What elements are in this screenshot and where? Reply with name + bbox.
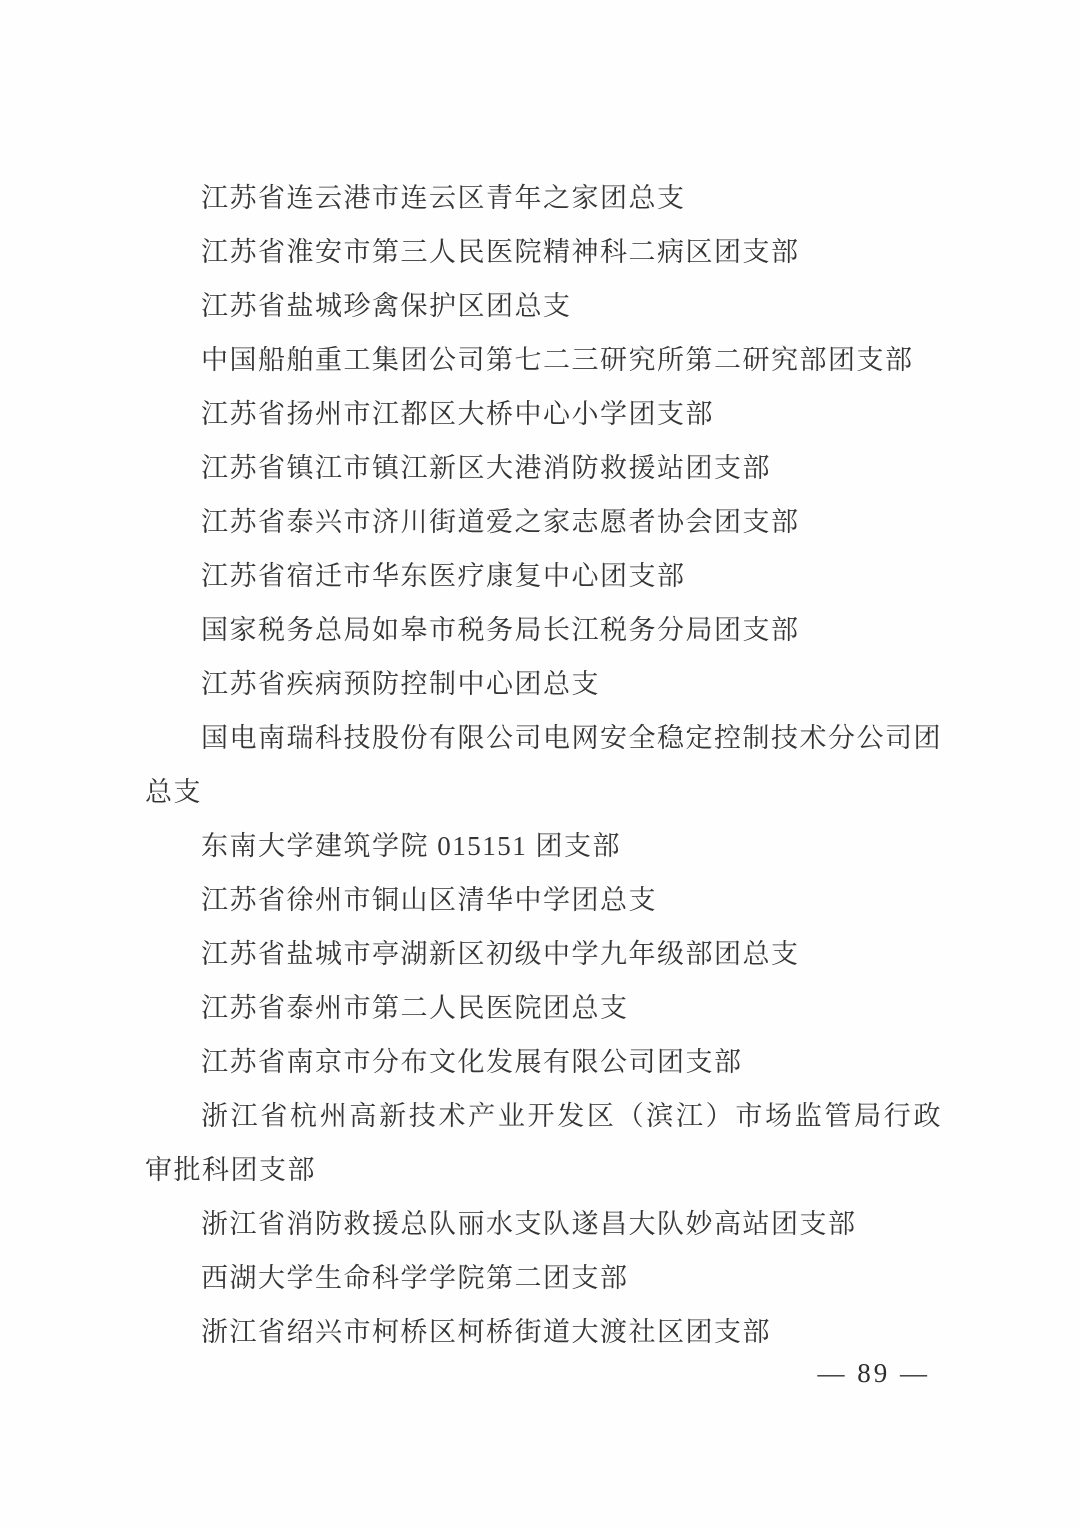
org-list-line-text: 国电南瑞科技股份有限公司电网安全稳定控制技术分公司团 [201,723,942,753]
org-list-line-text: 浙江省消防救援总队丽水支队遂昌大队妙高站团支部 [201,1209,857,1239]
org-list-line-text: 浙江省杭州高新技术产业开发区（滨江）市场监管局行政 [201,1101,942,1131]
org-list-line: 江苏省泰兴市济川街道爱之家志愿者协会团支部 [145,495,942,549]
org-list-line-text: 审批科团支部 [145,1155,316,1185]
org-list-line: 总支 [145,765,942,819]
org-list-line: 江苏省扬州市江都区大桥中心小学团支部 [145,387,942,441]
org-list-line: 国家税务总局如皋市税务局长江税务分局团支部 [145,603,942,657]
org-list-line-text: 江苏省盐城市亭湖新区初级中学九年级部团总支 [201,939,800,969]
org-list-line: 江苏省疾病预防控制中心团总支 [145,657,942,711]
org-list-line-text: 江苏省盐城珍禽保护区团总支 [201,291,572,321]
org-list-line-text: 江苏省扬州市江都区大桥中心小学团支部 [201,399,714,429]
org-list-line: 江苏省宿迁市华东医疗康复中心团支部 [145,549,942,603]
org-list-line-text: 浙江省绍兴市柯桥区柯桥街道大渡社区团支部 [201,1317,771,1347]
org-list-line-text: 江苏省南京市分布文化发展有限公司团支部 [201,1047,743,1077]
org-list-line: 东南大学建筑学院 015151 团支部 [145,819,942,873]
org-list: 江苏省连云港市连云区青年之家团总支 江苏省淮安市第三人民医院精神科二病区团支部 … [145,171,942,1359]
org-list-line: 江苏省徐州市铜山区清华中学团总支 [145,873,942,927]
page-number: — 89 — [818,1358,931,1389]
org-list-line: 江苏省盐城市亭湖新区初级中学九年级部团总支 [145,927,942,981]
org-list-line-text: 江苏省徐州市铜山区清华中学团总支 [201,885,657,915]
org-list-line: 西湖大学生命科学学院第二团支部 [145,1251,942,1305]
org-list-line: 江苏省盐城珍禽保护区团总支 [145,279,942,333]
org-list-line: 江苏省泰州市第二人民医院团总支 [145,981,942,1035]
org-list-line-text: 江苏省泰州市第二人民医院团总支 [201,993,629,1023]
org-list-line-text: 江苏省淮安市第三人民医院精神科二病区团支部 [201,237,800,267]
org-list-line-text: 中国船舶重工集团公司第七二三研究所第二研究部团支部 [201,345,914,375]
org-list-line: 江苏省镇江市镇江新区大港消防救援站团支部 [145,441,942,495]
org-list-line: 江苏省淮安市第三人民医院精神科二病区团支部 [145,225,942,279]
org-list-line-text: 江苏省泰兴市济川街道爱之家志愿者协会团支部 [201,507,800,537]
org-list-line-text: 国家税务总局如皋市税务局长江税务分局团支部 [201,615,800,645]
org-list-line: 江苏省连云港市连云区青年之家团总支 [145,171,942,225]
org-list-line: 国电南瑞科技股份有限公司电网安全稳定控制技术分公司团 [145,711,942,765]
document-page: 江苏省连云港市连云区青年之家团总支 江苏省淮安市第三人民医院精神科二病区团支部 … [0,0,1080,1527]
org-list-line-text: 江苏省镇江市镇江新区大港消防救援站团支部 [201,453,771,483]
org-list-line: 中国船舶重工集团公司第七二三研究所第二研究部团支部 [145,333,942,387]
org-list-line-text: 东南大学建筑学院 015151 团支部 [201,831,621,861]
org-list-line: 浙江省绍兴市柯桥区柯桥街道大渡社区团支部 [145,1305,942,1359]
org-list-line: 浙江省消防救援总队丽水支队遂昌大队妙高站团支部 [145,1197,942,1251]
org-list-line: 审批科团支部 [145,1143,942,1197]
org-list-line-text: 西湖大学生命科学学院第二团支部 [201,1263,629,1293]
org-list-line-text: 江苏省疾病预防控制中心团总支 [201,669,600,699]
org-list-line-text: 江苏省宿迁市华东医疗康复中心团支部 [201,561,686,591]
org-list-line-text: 江苏省连云港市连云区青年之家团总支 [201,183,686,213]
org-list-line: 浙江省杭州高新技术产业开发区（滨江）市场监管局行政 [145,1089,942,1143]
org-list-line-text: 总支 [145,777,202,807]
org-list-line: 江苏省南京市分布文化发展有限公司团支部 [145,1035,942,1089]
